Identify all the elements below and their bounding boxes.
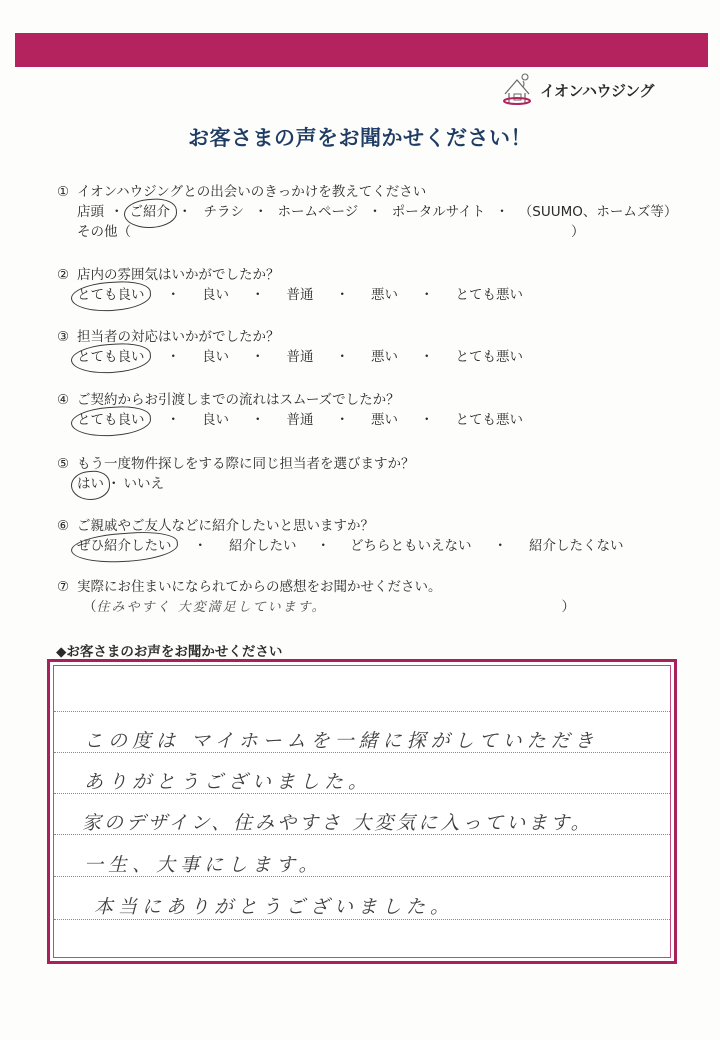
- question-options: とても良い・良い・普通・悪い・とても悪い: [57, 348, 523, 366]
- option-very-good-selected[interactable]: とても良い: [77, 286, 145, 304]
- option-very-good-selected[interactable]: とても良い: [77, 348, 145, 366]
- question-number: ②: [57, 266, 77, 284]
- option-portal-examples: （SUUMO、ホームズ等）: [519, 203, 678, 221]
- option-no[interactable]: いいえ: [124, 475, 165, 493]
- question-text: 担当者の対応はいかがでしたか？: [77, 329, 280, 345]
- logo-text: イオンハウジング: [540, 80, 654, 101]
- question-4: ④ご契約からお引渡しまでの流れはスムーズでしたか？ とても良い・良い・普通・悪い…: [57, 391, 523, 429]
- other-field[interactable]: その他（）: [57, 223, 677, 241]
- question-7: ⑦実際にお住まいになられてからの感想をお聞かせください。 （住みやすく 大変満足…: [57, 578, 575, 617]
- option-average[interactable]: 普通: [287, 348, 314, 366]
- comments-box[interactable]: この度は マイホームを一緒に探がしていただき ありがとうございました。 家のデザ…: [47, 659, 677, 964]
- option-referral-selected[interactable]: ご紹介: [130, 203, 171, 221]
- option-very-bad[interactable]: とても悪い: [456, 411, 524, 429]
- comment-line-5: 本当にありがとうございました。: [94, 892, 454, 919]
- option-would-refer[interactable]: 紹介したい: [229, 537, 297, 555]
- option-bad[interactable]: 悪い: [371, 411, 398, 429]
- option-flyer[interactable]: チラシ: [204, 203, 245, 221]
- option-good[interactable]: 良い: [202, 348, 229, 366]
- option-bad[interactable]: 悪い: [371, 348, 398, 366]
- impression-answer[interactable]: 住みやすく 大変満足しています。: [97, 599, 562, 617]
- question-1: ①イオンハウジングとの出会いのきっかけを教えてください 店頭・ご紹介・チラシ・ホ…: [57, 183, 677, 241]
- paren-open: （: [83, 599, 97, 615]
- comment-line-1: この度は マイホームを一緒に探がしていただき: [84, 726, 599, 753]
- option-yes-selected[interactable]: はい: [77, 475, 104, 493]
- question-text: 実際にお住まいになられてからの感想をお聞かせください。: [77, 579, 442, 595]
- option-good[interactable]: 良い: [202, 411, 229, 429]
- question-options: とても良い・良い・普通・悪い・とても悪い: [57, 286, 523, 304]
- option-would-not-refer[interactable]: 紹介したくない: [529, 537, 624, 555]
- comment-line-3: 家のデザイン、住みやすさ 大変気に入っています。: [82, 808, 593, 835]
- question-text: ご親戚やご友人などに紹介したいと思いますか？: [77, 518, 374, 534]
- other-label: その他（: [77, 224, 131, 240]
- option-homepage[interactable]: ホームページ: [278, 203, 359, 221]
- page-title: お客さまの声をお聞かせください！: [0, 122, 720, 152]
- option-average[interactable]: 普通: [287, 286, 314, 304]
- option-bad[interactable]: 悪い: [371, 286, 398, 304]
- option-storefront[interactable]: 店頭: [77, 203, 104, 221]
- company-logo: イオンハウジング: [503, 70, 654, 110]
- option-very-good-selected[interactable]: とても良い: [77, 411, 145, 429]
- question-options: 店頭・ご紹介・チラシ・ホームページ・ポータルサイト・（SUUMO、ホームズ等）: [57, 203, 677, 221]
- question-number: ①: [57, 183, 77, 201]
- option-average[interactable]: 普通: [287, 411, 314, 429]
- option-neutral[interactable]: どちらともいえない: [350, 537, 472, 555]
- comment-line-4: 一生、大事にします。: [84, 850, 322, 877]
- question-number: ⑤: [57, 455, 77, 473]
- question-text: 店内の雰囲気はいかがでしたか？: [77, 267, 280, 283]
- impression-field[interactable]: （住みやすく 大変満足しています。）: [57, 598, 575, 617]
- header-bar: [15, 33, 708, 67]
- comments-heading: ◆お客さまのお声をお聞かせください: [56, 640, 282, 660]
- question-text: イオンハウジングとの出会いのきっかけを教えてください: [77, 184, 426, 200]
- house-logo-icon: [503, 72, 537, 108]
- question-options: はい・いいえ: [57, 475, 415, 493]
- question-text: もう一度物件探しをする際に同じ担当者を選びますか？: [77, 456, 415, 472]
- question-6: ⑥ご親戚やご友人などに紹介したいと思いますか？ ぜひ紹介したい・紹介したい・どち…: [57, 517, 624, 555]
- option-very-bad[interactable]: とても悪い: [456, 348, 524, 366]
- question-2: ②店内の雰囲気はいかがでしたか？ とても良い・良い・普通・悪い・とても悪い: [57, 266, 523, 304]
- other-close: ）: [571, 224, 585, 240]
- comments-box-inner-border: この度は マイホームを一緒に探がしていただき ありがとうございました。 家のデザ…: [53, 665, 671, 958]
- question-3: ③担当者の対応はいかがでしたか？ とても良い・良い・普通・悪い・とても悪い: [57, 328, 523, 366]
- option-very-bad[interactable]: とても悪い: [456, 286, 524, 304]
- ruled-line: [54, 919, 670, 920]
- question-number: ④: [57, 391, 77, 409]
- question-5: ⑤もう一度物件探しをする際に同じ担当者を選びますか？ はい・いいえ: [57, 455, 415, 493]
- option-portal-site[interactable]: ポータルサイト: [392, 203, 486, 221]
- question-number: ⑦: [57, 578, 77, 596]
- comment-line-2: ありがとうございました。: [84, 767, 372, 794]
- question-options: とても良い・良い・普通・悪い・とても悪い: [57, 411, 523, 429]
- paren-close: ）: [562, 599, 576, 615]
- option-definitely-refer-selected[interactable]: ぜひ紹介したい: [77, 537, 172, 555]
- question-number: ⑥: [57, 517, 77, 535]
- question-options: ぜひ紹介したい・紹介したい・どちらともいえない・紹介したくない: [57, 537, 624, 555]
- question-number: ③: [57, 328, 77, 346]
- ruled-line: [54, 711, 670, 712]
- option-good[interactable]: 良い: [202, 286, 229, 304]
